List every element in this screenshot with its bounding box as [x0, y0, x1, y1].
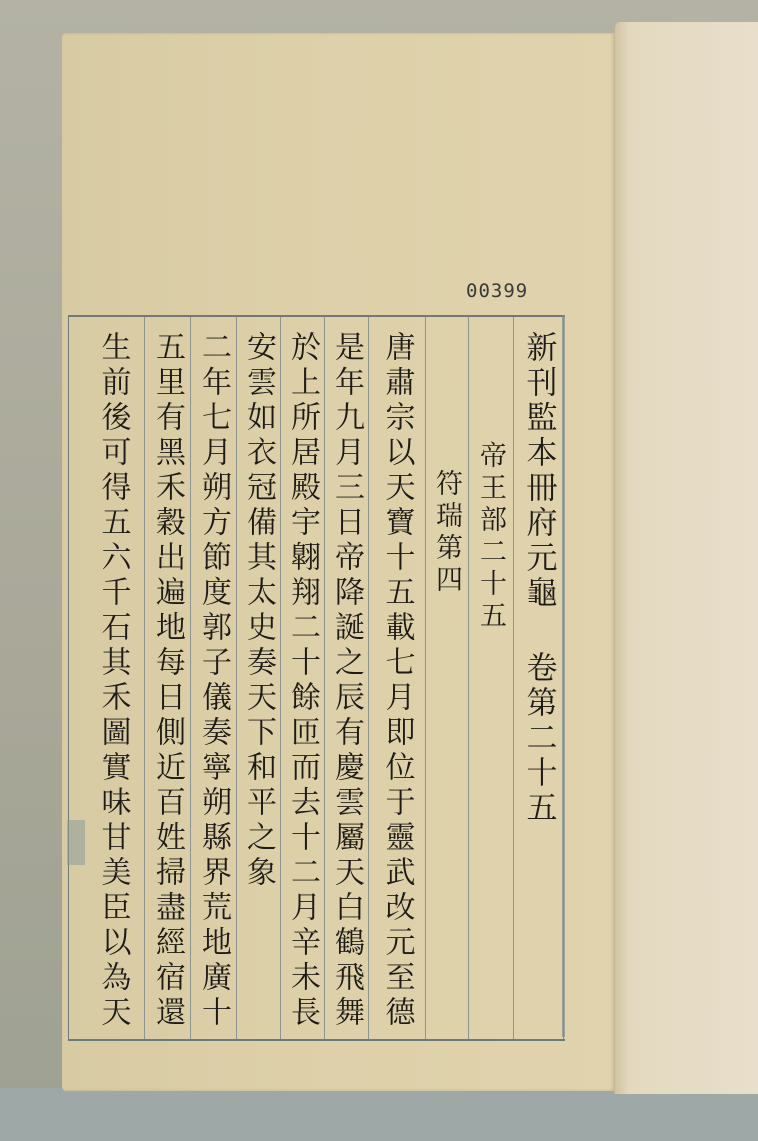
text-column-7: 生前後可得五六千石其禾圖實味甘美臣以為天 [81, 317, 145, 1039]
ink-smudge [67, 820, 85, 865]
text-frame: 新刊監本冊府元龜 卷第二十五 帝王部二十五 符瑞第四 唐肅宗以天寶十五載七月即位… [68, 315, 565, 1041]
column-text: 於上所居殿宇翺翔二十餘匝而去十二月辛未長 [287, 317, 317, 1031]
title-text: 新刊監本冊府元龜 卷第二十五 [523, 317, 554, 826]
table-surface [0, 1088, 758, 1141]
section-column: 帝王部二十五 [468, 317, 514, 1039]
subsection-text: 符瑞第四 [433, 317, 460, 597]
subsection-column: 符瑞第四 [425, 317, 469, 1039]
column-text: 唐肅宗以天寶十五載七月即位于靈武改元至德 [382, 317, 412, 1031]
title-column: 新刊監本冊府元龜 卷第二十五 [513, 317, 564, 1039]
column-text: 五里有黑禾穀出遍地每日側近百姓掃盡經宿還 [152, 317, 182, 1031]
text-column-1: 唐肅宗以天寶十五載七月即位于靈武改元至德 [368, 317, 426, 1039]
column-text: 生前後可得五六千石其禾圖實味甘美臣以為天 [98, 317, 128, 1031]
column-text: 二年七月朔方節度郭子儀奏寧朔縣界荒地廣十 [198, 317, 228, 1031]
column-text: 是年九月三日帝降誕之辰有慶雲屬天白鶴飛舞 [331, 317, 361, 1031]
text-column-2: 是年九月三日帝降誕之辰有慶雲屬天白鶴飛舞 [324, 317, 369, 1039]
frame-edge-line [562, 315, 571, 1037]
text-column-6: 五里有黑禾穀出遍地每日側近百姓掃盡經宿還 [144, 317, 191, 1039]
section-text: 帝王部二十五 [477, 317, 504, 633]
text-column-5: 二年七月朔方節度郭子儀奏寧朔縣界荒地廣十 [190, 317, 237, 1039]
text-column-4: 安雲如衣冠備其太史奏天下和平之象 [236, 317, 281, 1039]
text-column-3: 於上所居殿宇翺翔二十餘匝而去十二月辛未長 [280, 317, 325, 1039]
facing-page [614, 22, 758, 1094]
column-text: 安雲如衣冠備其太史奏天下和平之象 [243, 317, 273, 891]
serial-number: 00399 [466, 280, 528, 302]
